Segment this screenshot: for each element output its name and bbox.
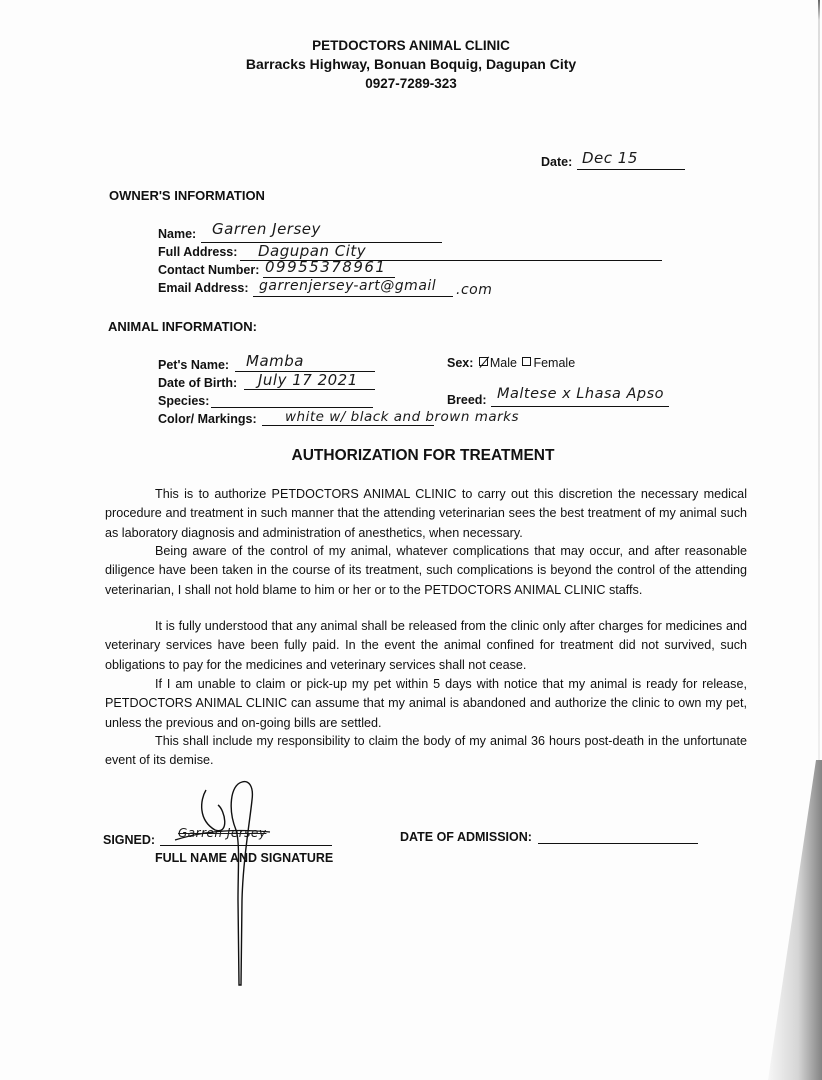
male-checkbox[interactable] [479,357,488,366]
authorization-paragraph-2: Being aware of the control of my animal,… [105,542,747,600]
color-label: Color/ Markings: [158,412,257,426]
breed-value: Maltese x Lhasa Apso [497,386,664,402]
owner-email-value: garrenjersey-art@gmail [259,278,436,294]
admission-date-field[interactable] [538,828,698,844]
dob-label: Date of Birth: [158,376,237,390]
sex-field: Sex: Male Female [447,356,575,370]
pet-name-label: Pet's Name: [158,358,229,372]
clinic-phone: 0927-7289-323 [0,74,822,93]
male-option-label: Male [490,356,517,370]
authorization-paragraph-1: This is to authorize PETDOCTORS ANIMAL C… [105,485,747,543]
authorization-paragraph-5: This shall include my responsibility to … [105,732,747,771]
owner-name-label: Name: [158,227,196,241]
page-edge [818,0,820,760]
signature-scribble [170,780,290,990]
owner-address-label: Full Address: [158,245,237,259]
clinic-name: PETDOCTORS ANIMAL CLINIC [0,36,822,55]
signed-label: SIGNED: [103,833,155,847]
species-label: Species: [158,394,209,408]
date-label: Date: [541,155,572,169]
owner-section-title: OWNER'S INFORMATION [109,188,265,203]
page-edge-shadow [762,760,822,1080]
animal-section-title: ANIMAL INFORMATION: [108,319,257,334]
species-field[interactable] [211,392,373,408]
breed-label: Breed: [447,393,487,407]
female-option-label: Female [533,356,575,370]
admission-label: DATE OF ADMISSION: [400,830,532,844]
dob-value: July 17 2021 [258,371,358,389]
owner-contact-label: Contact Number: [158,263,259,277]
owner-contact-value: 09955378961 [265,258,386,276]
clinic-header: PETDOCTORS ANIMAL CLINIC Barracks Highwa… [0,36,822,93]
pet-name-value: Mamba [246,352,304,370]
color-value: white w/ black and brown marks [285,409,519,425]
authorization-paragraph-3: It is fully understood that any animal s… [105,617,747,675]
authorization-paragraph-4: If I am unable to claim or pick-up my pe… [105,675,747,733]
sex-label: Sex: [447,356,473,370]
owner-name-value: Garren Jersey [212,220,321,238]
female-checkbox[interactable] [522,357,531,366]
clinic-address: Barracks Highway, Bonuan Boquig, Dagupan… [0,55,822,74]
owner-email-suffix: .com [456,282,492,298]
owner-email-label: Email Address: [158,281,249,295]
authorization-title: AUTHORIZATION FOR TREATMENT [0,447,822,465]
date-value: Dec 15 [582,149,638,167]
